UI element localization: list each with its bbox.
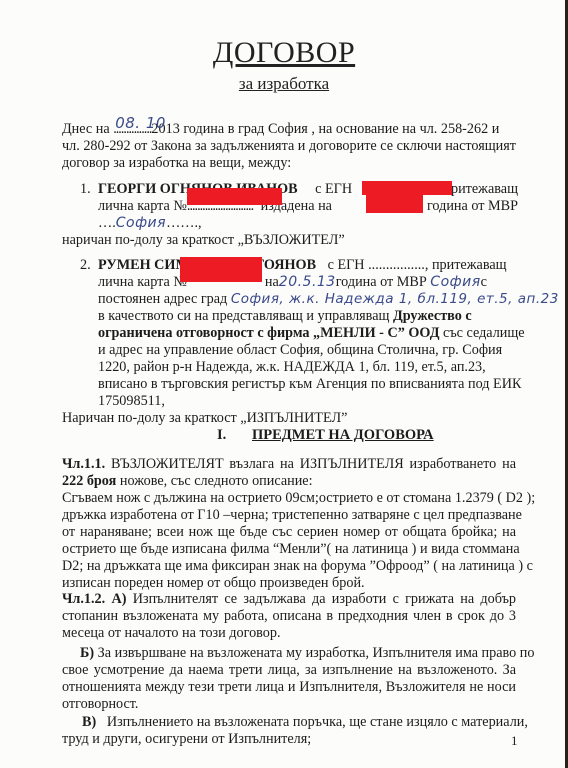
art-1-1-line-2: 222 броя ножове, със следното описание:: [62, 473, 313, 490]
page-number: 1: [511, 733, 518, 749]
party1-line-3: ….София…….,: [98, 215, 202, 232]
party2-line-8: вписано в търговския регистър към Агенци…: [98, 376, 521, 393]
art-1-2-a-line-1: стопанин възложената му работа, описана …: [62, 608, 516, 625]
redaction-egn: [362, 181, 452, 195]
handwritten-issue-date: 20.5.13: [279, 274, 336, 290]
art-1-1-desc-5: изписан пореден номер от общо произведен…: [62, 575, 365, 592]
party2-line-2: лична карта №на20.5.13година от МВР Софи…: [98, 274, 487, 291]
handwritten-address: София, ж.к. Надежда 1, бл.119, ет.5, ап.…: [231, 291, 559, 307]
redaction-id-card-number-2: [180, 257, 262, 282]
document-subtitle: за изработка: [0, 74, 568, 94]
company-name: ограничена отговорност с фирма „МЕНЛИ - …: [98, 325, 439, 341]
party2-line-1: РУМЕН СИМЕОНОВ СТОЯНОВ с ЕГН ...........…: [98, 257, 507, 274]
handwritten-mvr-city: София: [430, 274, 480, 290]
handwritten-date: 08. 10: [115, 115, 166, 132]
art-1-1-line-1: Чл.1.1. ВЪЗЛОЖИТЕЛЯТ възлага на ИЗПЪЛНИТ…: [62, 456, 516, 473]
art-1-1-label: Чл.1.1.: [62, 456, 105, 472]
party2-line-5: ограничена отговорност с фирма „МЕНЛИ - …: [98, 325, 525, 342]
art-1-2-label: Чл.1.2.: [62, 591, 105, 607]
party2-number: 2.: [80, 257, 91, 274]
quantity: 222 броя: [62, 473, 116, 489]
art-1-2-b-line-0: Б) За извършване на възложената му израб…: [80, 645, 516, 662]
intro-line-1: Днес на ........08. 10.......2013 година…: [62, 121, 516, 138]
intro-line-2: чл. 280-292 от Закона за задълженията и …: [62, 138, 516, 155]
section-heading: ПРЕДМЕТ НА ДОГОВОРА: [252, 427, 434, 444]
art-1-1-desc-4: D2; на дръжката ще има фиксиран знак на …: [62, 558, 516, 575]
art-1-2-v-line-1: труд и други, осигурени от Изпълнителя;: [62, 731, 311, 748]
art-1-1-desc-1: дръжка изработена от Г10 –черна; тристеп…: [62, 507, 516, 524]
party1-line-1: ГЕОРГИ ОГНЯНОВ ИВАНОВ с ЕГН притежаващ: [98, 181, 518, 198]
party2-line-6: и адрес на управление област София, общи…: [98, 342, 502, 359]
redaction-id-card-number: [187, 188, 282, 205]
art-1-2-b-line-3: отговорност.: [62, 696, 138, 713]
party1-number: 1.: [80, 181, 91, 198]
art-1-2-v-line-0: В) Изпълнението на възложената поръчка, …: [82, 714, 516, 731]
art-1-2-b-line-1: свое усмотрение да наема трети лица, за …: [62, 662, 516, 679]
party2-line-4: в качеството си на представляващ и управ…: [98, 308, 472, 325]
art-1-1-desc-2: от нараняване; всеи нож ще бъде със сери…: [62, 524, 516, 541]
art-1-2-b-line-2: отношенията между тези трети лица и Изпъ…: [62, 679, 516, 696]
handwritten-city: София: [116, 215, 166, 231]
redaction-issue-date: [366, 194, 423, 213]
party2-designation: Наричан по-долу за краткост „ИЗПЪЛНИТЕЛ”: [62, 410, 347, 427]
party2-line-7: 1220, район р-н Надежда, ж.к. НАДЕЖДА 1,…: [98, 359, 486, 376]
document-page: ДОГОВОР за изработка Днес на ........08.…: [0, 0, 565, 768]
art-1-1-desc-0: Сгъваем нож с дължина на острието 09см;о…: [62, 490, 516, 507]
intro-line-3: договор за изработка на вещи, между:: [62, 155, 291, 172]
party1-designation: наричан по-долу за краткост „ВЪЗЛОЖИТЕЛ”: [62, 232, 345, 249]
section-numeral: I.: [217, 427, 226, 444]
art-1-2-a-line-0: Чл.1.2. А) Изпълнителят се задължава да …: [62, 591, 516, 608]
party2-eik: 175098511,: [98, 393, 165, 410]
art-1-1-desc-3: острието ще бъде изписана филма “Менли”(…: [62, 541, 516, 558]
document-title: ДОГОВОР: [0, 36, 568, 70]
party1-line-2: лична карта №.......................... …: [98, 198, 518, 215]
art-1-2-a-line-2: месеца от началото на този договор.: [62, 625, 281, 642]
party2-line-3: постоянен адрес град София, ж.к. Надежда…: [98, 291, 559, 308]
